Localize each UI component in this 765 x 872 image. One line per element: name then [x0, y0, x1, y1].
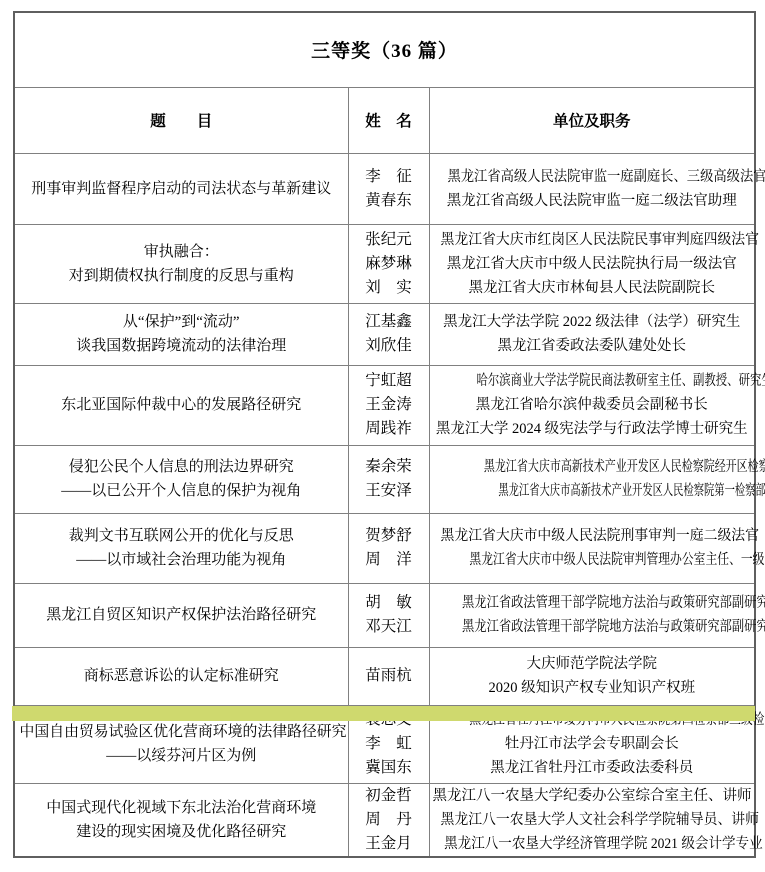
names-cell: 宁虹超 王金涛 周践祚 [348, 365, 429, 445]
title-cell: 刑事审判监督程序启动的司法状态与革新建议 [14, 153, 348, 224]
unit-cell: 黑龙江大学法学院 2022 级法律（法学）研究生 黑龙江省委政法委队建处处长 [429, 303, 755, 365]
table-row: 商标恶意诉讼的认定标准研究 苗雨杭 大庆师范学院法学院 2020 级知识产权专业… [14, 647, 755, 705]
unit-cell: 黑龙江省大庆市红岗区人民法院民事审判庭四级法官 黑龙江省大庆市中级人民法院执行局… [429, 224, 755, 303]
table-row: 侵犯公民个人信息的刑法边界研究 ——以已公开个人信息的保护为视角 秦余荣 王安泽… [14, 445, 755, 513]
table-row: 刑事审判监督程序启动的司法状态与革新建议 李 征 黄春东 黑龙江省高级人民法院审… [14, 153, 755, 224]
table-row: 中国自由贸易试验区优化营商环境的法律路径研究 ——以绥芬河片区为例 裴志义 李 … [14, 705, 755, 783]
title-cell: 中国自由贸易试验区优化营商环境的法律路径研究 ——以绥芬河片区为例 [14, 705, 348, 783]
names-cell: 苗雨杭 [348, 647, 429, 705]
table-row: 黑龙江自贸区知识产权保护法治路径研究 胡 敏 邓天江 黑龙江省政法管理干部学院地… [14, 583, 755, 647]
title-cell: 审执融合： 对到期债权执行制度的反思与重构 [14, 224, 348, 303]
title-cell: 侵犯公民个人信息的刑法边界研究 ——以已公开个人信息的保护为视角 [14, 445, 348, 513]
table-row: 审执融合： 对到期债权执行制度的反思与重构 张纪元 麻梦琳 刘 实 黑龙江省大庆… [14, 224, 755, 303]
unit-cell: 黑龙江八一农垦大学纪委办公室综合室主任、讲师 黑龙江八一农垦大学人文社会科学学院… [429, 783, 755, 857]
table-row: 从“保护”到“流动” 谈我国数据跨境流动的法律治理 江基鑫 刘欣佳 黑龙江大学法… [14, 303, 755, 365]
awards-table: 三等奖（36 篇） 题 目 姓 名 单位及职务 刑事审判监督程序启动的司法状态与… [13, 11, 756, 858]
unit-cell: 黑龙江省高级人民法院审监一庭副庭长、三级高级法官 黑龙江省高级人民法院审监一庭二… [429, 153, 755, 224]
table-header-row: 题 目 姓 名 单位及职务 [14, 87, 755, 153]
table-title: 三等奖（36 篇） [14, 12, 755, 87]
unit-cell: 黑龙江省大庆市中级人民法院刑事审判一庭二级法官 黑龙江省大庆市中级人民法院审判管… [429, 513, 755, 583]
names-cell: 张纪元 麻梦琳 刘 实 [348, 224, 429, 303]
unit-cell: 黑龙江省政法管理干部学院地方法治与政策研究部副研究员 黑龙江省政法管理干部学院地… [429, 583, 755, 647]
names-cell: 胡 敏 邓天江 [348, 583, 429, 647]
title-cell: 中国式现代化视域下东北法治化营商环境 建设的现实困境及优化路径研究 [14, 783, 348, 857]
names-cell: 初金哲 周 丹 王金月 [348, 783, 429, 857]
title-cell: 从“保护”到“流动” 谈我国数据跨境流动的法律治理 [14, 303, 348, 365]
column-header-title: 题 目 [14, 87, 348, 153]
unit-cell: 黑龙江省牡丹江市绥芬河市人民检察院第四检察部三级检察官 牡丹江市法学会专职副会长… [429, 705, 755, 783]
title-cell: 东北亚国际仲裁中心的发展路径研究 [14, 365, 348, 445]
unit-cell: 哈尔滨商业大学法学院民商法教研室主任、副教授、研究生导师 黑龙江省哈尔滨仲裁委员… [429, 365, 755, 445]
table-row: 东北亚国际仲裁中心的发展路径研究 宁虹超 王金涛 周践祚 哈尔滨商业大学法学院民… [14, 365, 755, 445]
title-cell: 黑龙江自贸区知识产权保护法治路径研究 [14, 583, 348, 647]
title-cell: 裁判文书互联网公开的优化与反思 ——以市域社会治理功能为视角 [14, 513, 348, 583]
table-title-row: 三等奖（36 篇） [14, 12, 755, 87]
column-header-name: 姓 名 [348, 87, 429, 153]
names-cell: 裴志义 李 虹 冀国东 [348, 705, 429, 783]
names-cell: 江基鑫 刘欣佳 [348, 303, 429, 365]
title-cell: 商标恶意诉讼的认定标准研究 [14, 647, 348, 705]
table-row: 中国式现代化视域下东北法治化营商环境 建设的现实困境及优化路径研究 初金哲 周 … [14, 783, 755, 857]
unit-cell: 大庆师范学院法学院 2020 级知识产权专业知识产权班 [429, 647, 755, 705]
names-cell: 秦余荣 王安泽 [348, 445, 429, 513]
names-cell: 李 征 黄春东 [348, 153, 429, 224]
column-header-unit: 单位及职务 [429, 87, 755, 153]
table-row: 裁判文书互联网公开的优化与反思 ——以市域社会治理功能为视角 贺梦舒 周 洋 黑… [14, 513, 755, 583]
names-cell: 贺梦舒 周 洋 [348, 513, 429, 583]
document-page: 三等奖（36 篇） 题 目 姓 名 单位及职务 刑事审判监督程序启动的司法状态与… [0, 0, 765, 872]
unit-cell: 黑龙江省大庆市高新技术产业开发区人民检察院经开区检察室主任 黑龙江省大庆市高新技… [429, 445, 755, 513]
